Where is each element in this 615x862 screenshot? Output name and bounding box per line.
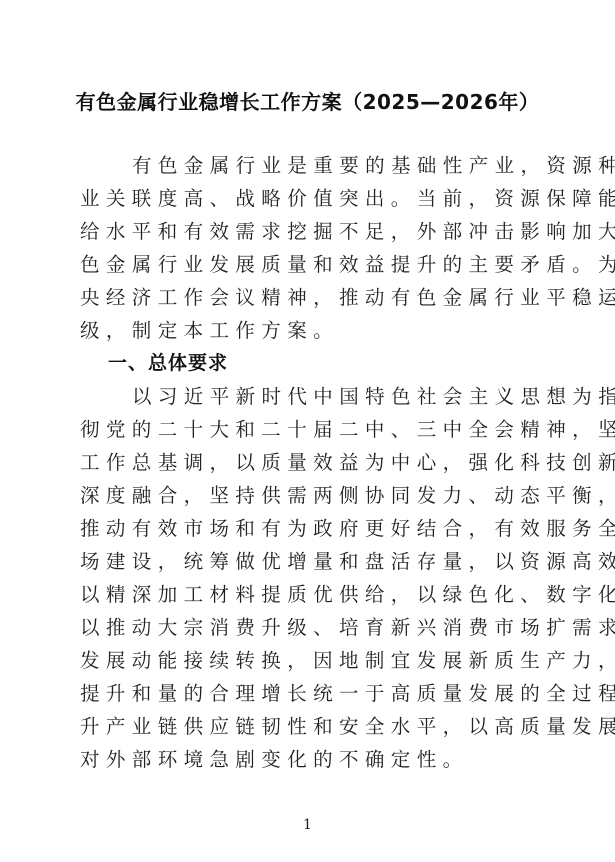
section-paragraph: 以习近平新时代中国特色社会主义思想为指导，深入贯 彻党的二十大和二十届二中、三中… bbox=[80, 380, 540, 776]
paragraph-line: 级，制定本工作方案。 bbox=[80, 314, 540, 347]
paragraph-line: 以推动大宗消费升级、培育新兴消费市场扩需求，推动新旧 bbox=[80, 611, 540, 644]
paragraph-line: 深度融合，坚持供需两侧协同发力、动态平衡，有保有压， bbox=[80, 479, 540, 512]
section-heading: 一、总体要求 bbox=[80, 347, 540, 380]
paragraph-line: 业关联度高、战略价值突出。当前，资源保障能力、高端供 bbox=[80, 182, 540, 215]
document-title: 有色金属行业稳增长工作方案（2025—2026年） bbox=[0, 86, 615, 115]
paragraph-line: 彻党的二十大和二十届二中、三中全会精神，坚持稳中求进 bbox=[80, 413, 540, 446]
paragraph-line: 色金属行业发展质量和效益提升的主要矛盾。为贯彻落实中 bbox=[80, 248, 540, 281]
intro-paragraph: 有色金属行业是重要的基础性产业，资源种类众多、产 业关联度高、战略价值突出。当前… bbox=[80, 149, 540, 347]
paragraph-line: 以习近平新时代中国特色社会主义思想为指导，深入贯 bbox=[80, 380, 540, 413]
paragraph-line: 场建设，统筹做优增量和盘活存量，以资源高效利用为目标， bbox=[80, 545, 540, 578]
document-body: 有色金属行业是重要的基础性产业，资源种类众多、产 业关联度高、战略价值突出。当前… bbox=[80, 149, 540, 776]
paragraph-line: 以精深加工材料提质优供给，以绿色化、数字化改造促转型， bbox=[80, 578, 540, 611]
page-number: 1 bbox=[0, 817, 615, 833]
paragraph-line: 升产业链供应链韧性和安全水平，以高质量发展的确定性应 bbox=[80, 710, 540, 743]
paragraph-line: 发展动能接续转换，因地制宜发展新质生产力，把质的有效 bbox=[80, 644, 540, 677]
paragraph-line: 对外部环境急剧变化的不确定性。 bbox=[80, 743, 540, 776]
paragraph-line: 提升和量的合理增长统一于高质量发展的全过程，进一步提 bbox=[80, 677, 540, 710]
paragraph-line: 央经济工作会议精神，推动有色金属行业平稳运行和转型升 bbox=[80, 281, 540, 314]
paragraph-line: 给水平和有效需求挖掘不足，外部冲击影响加大，是制约有 bbox=[80, 215, 540, 248]
paragraph-line: 推动有效市场和有为政府更好结合，有效服务全国统一大市 bbox=[80, 512, 540, 545]
paragraph-line: 工作总基调，以质量效益为中心，强化科技创新和产业创新 bbox=[80, 446, 540, 479]
paragraph-line: 有色金属行业是重要的基础性产业，资源种类众多、产 bbox=[80, 149, 540, 182]
document-page: 有色金属行业稳增长工作方案（2025—2026年） 有色金属行业是重要的基础性产… bbox=[0, 0, 615, 862]
